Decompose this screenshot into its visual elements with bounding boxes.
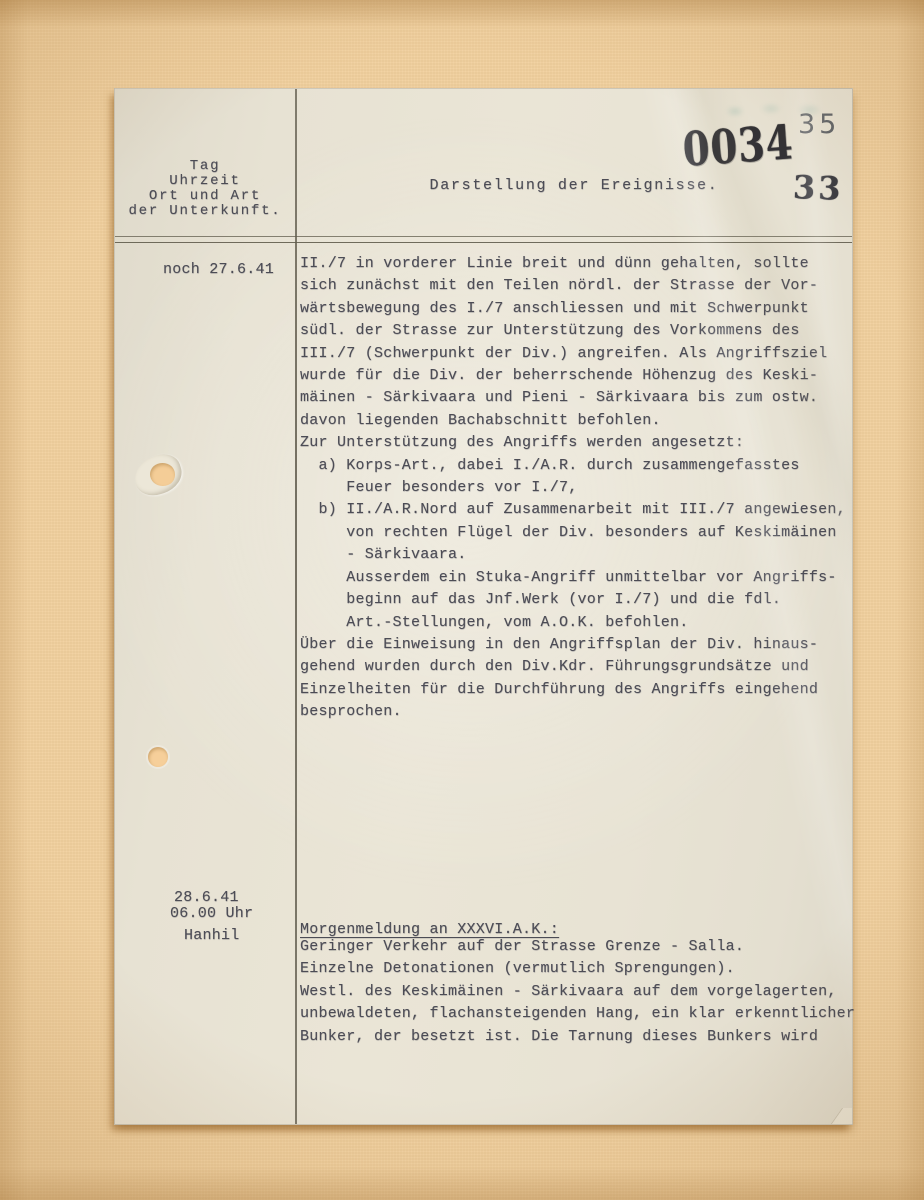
archive-number-stamp: 0034 [681,115,795,178]
corner-fold [822,1108,852,1124]
date-column-header: Tag Uhrzeit Ort und Art der Unterkunft. [115,159,295,219]
column-divider-rule [295,89,297,1124]
entry-2-location: Hanhil [184,927,240,944]
war-diary-page: Tag Uhrzeit Ort und Art der Unterkunft. … [114,88,853,1125]
header-rule-upper [115,236,852,237]
punch-hole-opening [150,463,175,486]
header-rule-lower [115,242,852,243]
stamped-page-number: 33 [792,168,844,208]
pencil-page-number: 35 [798,109,840,140]
document-photo: Tag Uhrzeit Ort und Art der Unterkunft. … [0,0,924,1200]
punch-hole-bottom [148,747,168,767]
entry-1-text: II./7 in vorderer Linie breit und dünn g… [300,253,846,724]
entry-1-date: noch 27.6.41 [163,261,274,278]
entry-2-text: Geringer Verkehr auf der Strasse Grenze … [300,936,855,1048]
entry-2-date: 28.6.41 [174,889,239,906]
events-column-header: Darstellung der Ereignisse. [295,177,853,194]
entry-2-time: 06.00 Uhr [170,905,253,922]
punch-hole-top [134,456,182,494]
